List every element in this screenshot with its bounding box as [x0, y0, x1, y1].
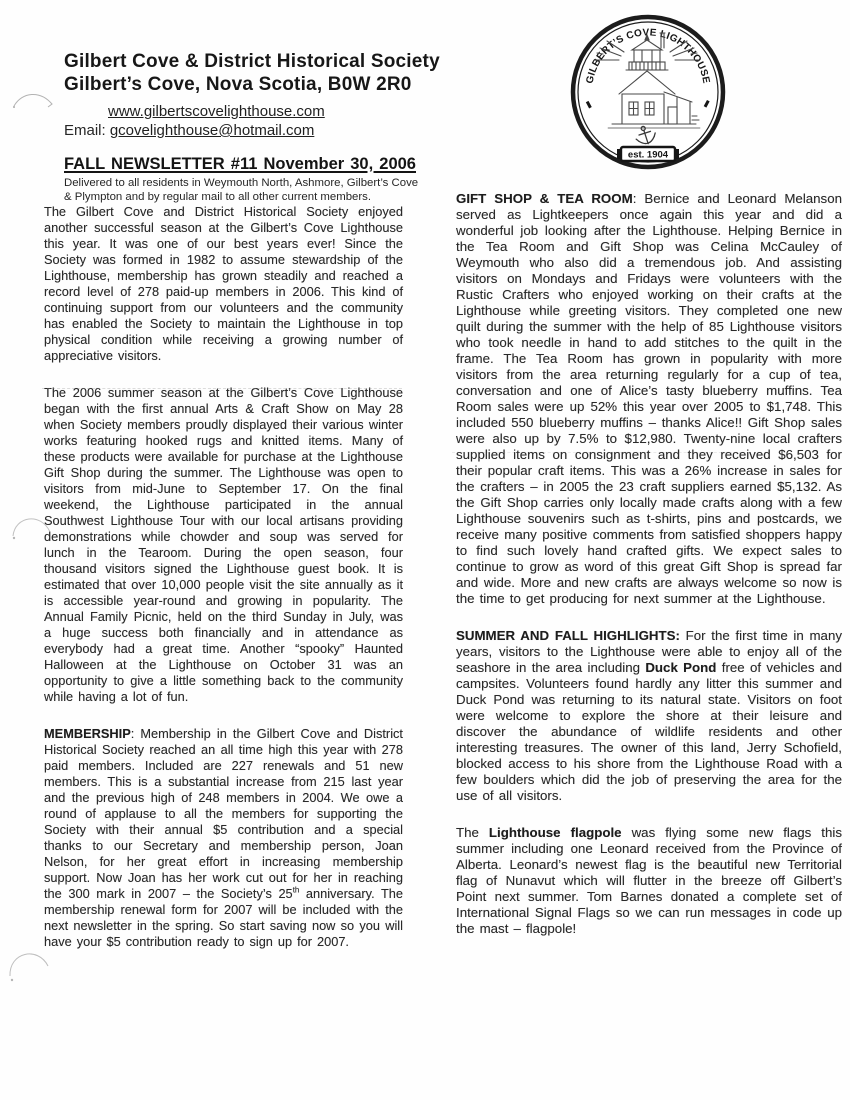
text-segment: The 2006 summer season at the Gilbert’s … — [44, 385, 403, 704]
text-segment: was flying some new flags this summer in… — [456, 825, 842, 936]
newsletter-title: FALL NEWSLETTER #11 November 30, 2006 — [64, 155, 484, 174]
org-name: Gilbert Cove & District Historical Socie… — [64, 50, 484, 73]
newsletter-page: Gilbert Cove & District Historical Socie… — [0, 0, 850, 1100]
lighthouse-logo-icon: GILBERT’S COVE LIGHTHOUSE — [566, 10, 730, 174]
header: Gilbert Cove & District Historical Socie… — [64, 50, 484, 204]
paragraph-summer-season: The 2006 summer season at the Gilbert’s … — [44, 385, 403, 705]
lighthouse-society-seal: GILBERT’S COVE LIGHTHOUSE — [566, 10, 730, 179]
paragraph-season-intro: The Gilbert Cove and District Historical… — [44, 204, 403, 364]
paragraph-membership: MEMBERSHIP: Membership in the Gilbert Co… — [44, 726, 403, 950]
scan-artifact-curve-top — [10, 86, 58, 120]
right-column: GIFT SHOP & TEA ROOM: Bernice and Leonar… — [456, 191, 842, 958]
text-segment: MEMBERSHIP — [44, 726, 131, 741]
paragraph-summer-fall-highlights: SUMMER AND FALL HIGHLIGHTS: For the firs… — [456, 628, 842, 804]
text-segment: GIFT SHOP & TEA ROOM — [456, 191, 633, 206]
text-segment: Lighthouse flagpole — [489, 825, 622, 840]
text-segment: Duck Pond — [645, 660, 716, 675]
established-banner: est. 1904 — [617, 147, 679, 161]
text-segment: : Membership in the Gilbert Cove and Dis… — [44, 726, 403, 901]
paragraph-lighthouse-flagpole: The Lighthouse flagpole was flying some … — [456, 825, 842, 937]
left-column: The Gilbert Cove and District Historical… — [44, 204, 403, 971]
text-segment: The — [456, 825, 489, 840]
text-segment: The Gilbert Cove and District Historical… — [44, 204, 403, 363]
org-address: Gilbert’s Cove, Nova Scotia, B0W 2R0 — [64, 73, 484, 96]
email-label: Email: — [64, 122, 110, 139]
text-segment: free of vehicles and campsites. Voluntee… — [456, 660, 842, 803]
website-link[interactable]: www.gilbertscovelighthouse.com — [108, 103, 325, 120]
email-link[interactable]: gcovelighthouse@hotmail.com — [110, 122, 315, 139]
established-text: est. 1904 — [628, 150, 669, 161]
paragraph-gift-shop-tea-room: GIFT SHOP & TEA ROOM: Bernice and Leonar… — [456, 191, 842, 607]
distribution-note: Delivered to all residents in Weymouth N… — [64, 177, 420, 204]
text-segment: : Bernice and Leonard Melanson served as… — [456, 191, 842, 606]
text-segment: SUMMER AND FALL HIGHLIGHTS: — [456, 628, 680, 643]
